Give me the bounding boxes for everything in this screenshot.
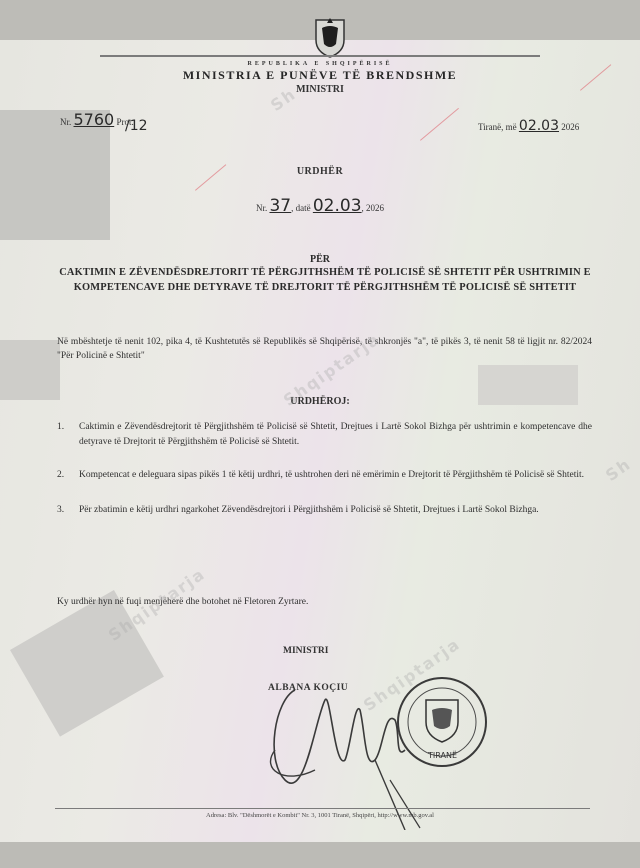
order-items: 1. Caktimin e Zëvendësdrejtorit të Përgj… bbox=[57, 420, 592, 536]
item-number: 1. bbox=[57, 420, 64, 435]
order-date-handwritten: 02.03 bbox=[313, 196, 362, 216]
redaction-block bbox=[0, 340, 60, 400]
republic-label: REPUBLIKA E SHQIPËRISË bbox=[0, 61, 640, 67]
date-year: 2026 bbox=[561, 122, 579, 132]
legal-preamble: Në mbështetje të nenit 102, pika 4, të K… bbox=[57, 336, 592, 363]
place-date: Tiranë, më 02.03 2026 bbox=[478, 118, 579, 134]
footer-rule bbox=[55, 808, 590, 809]
item-text: Për zbatimin e këtij urdhri ngarkohet Zë… bbox=[79, 505, 539, 515]
order-title: URDHËR bbox=[0, 166, 640, 177]
item-number: 2. bbox=[57, 468, 64, 483]
protocol-number: Nr. 5760 Prot. /12 bbox=[60, 110, 134, 129]
protocol-sub-handwritten: /12 bbox=[125, 118, 148, 134]
signature-icon bbox=[255, 660, 455, 830]
emblem-icon bbox=[314, 14, 346, 58]
date-handwritten: 02.03 bbox=[519, 118, 559, 134]
order-date-prefix: , datë bbox=[291, 203, 311, 213]
order-item: 2. Kompetencat e deleguara sipas pikës 1… bbox=[57, 468, 592, 483]
photo-background-bottom bbox=[0, 842, 640, 868]
urdheroj-heading: URDHËROJ: bbox=[0, 396, 640, 407]
order-number-prefix: Nr. bbox=[256, 203, 267, 213]
header-rule bbox=[100, 55, 540, 57]
place-label: Tiranë, më bbox=[478, 122, 517, 132]
signatory-title: MINISTRI bbox=[283, 646, 328, 656]
item-text: Kompetencat e deleguara sipas pikës 1 të… bbox=[79, 470, 584, 480]
order-item: 1. Caktimin e Zëvendësdrejtorit të Përgj… bbox=[57, 420, 592, 450]
item-text: Caktimin e Zëvendësdrejtorit të Përgjith… bbox=[79, 422, 592, 447]
protocol-prefix: Nr. bbox=[60, 117, 71, 127]
footer-address: Adresa: Blv. "Dëshmorët e Kombit" Nr. 3,… bbox=[0, 812, 640, 819]
office-name: MINISTRI bbox=[0, 84, 640, 95]
subject-per: PËR bbox=[0, 254, 640, 265]
order-item: 3. Për zbatimin e këtij urdhri ngarkohet… bbox=[57, 503, 592, 518]
item-number: 3. bbox=[57, 503, 64, 518]
ministry-name: MINISTRIA E PUNËVE TË BRENDSHME bbox=[0, 68, 640, 83]
order-subject: CAKTIMIN E ZËVENDËSDREJTORIT TË PËRGJITH… bbox=[55, 265, 595, 295]
protocol-number-handwritten: 5760 bbox=[74, 110, 115, 129]
order-year: , 2026 bbox=[362, 203, 385, 213]
order-number-handwritten: 37 bbox=[269, 196, 291, 216]
order-number-line: Nr. 37, datë 02.03, 2026 bbox=[0, 196, 640, 216]
